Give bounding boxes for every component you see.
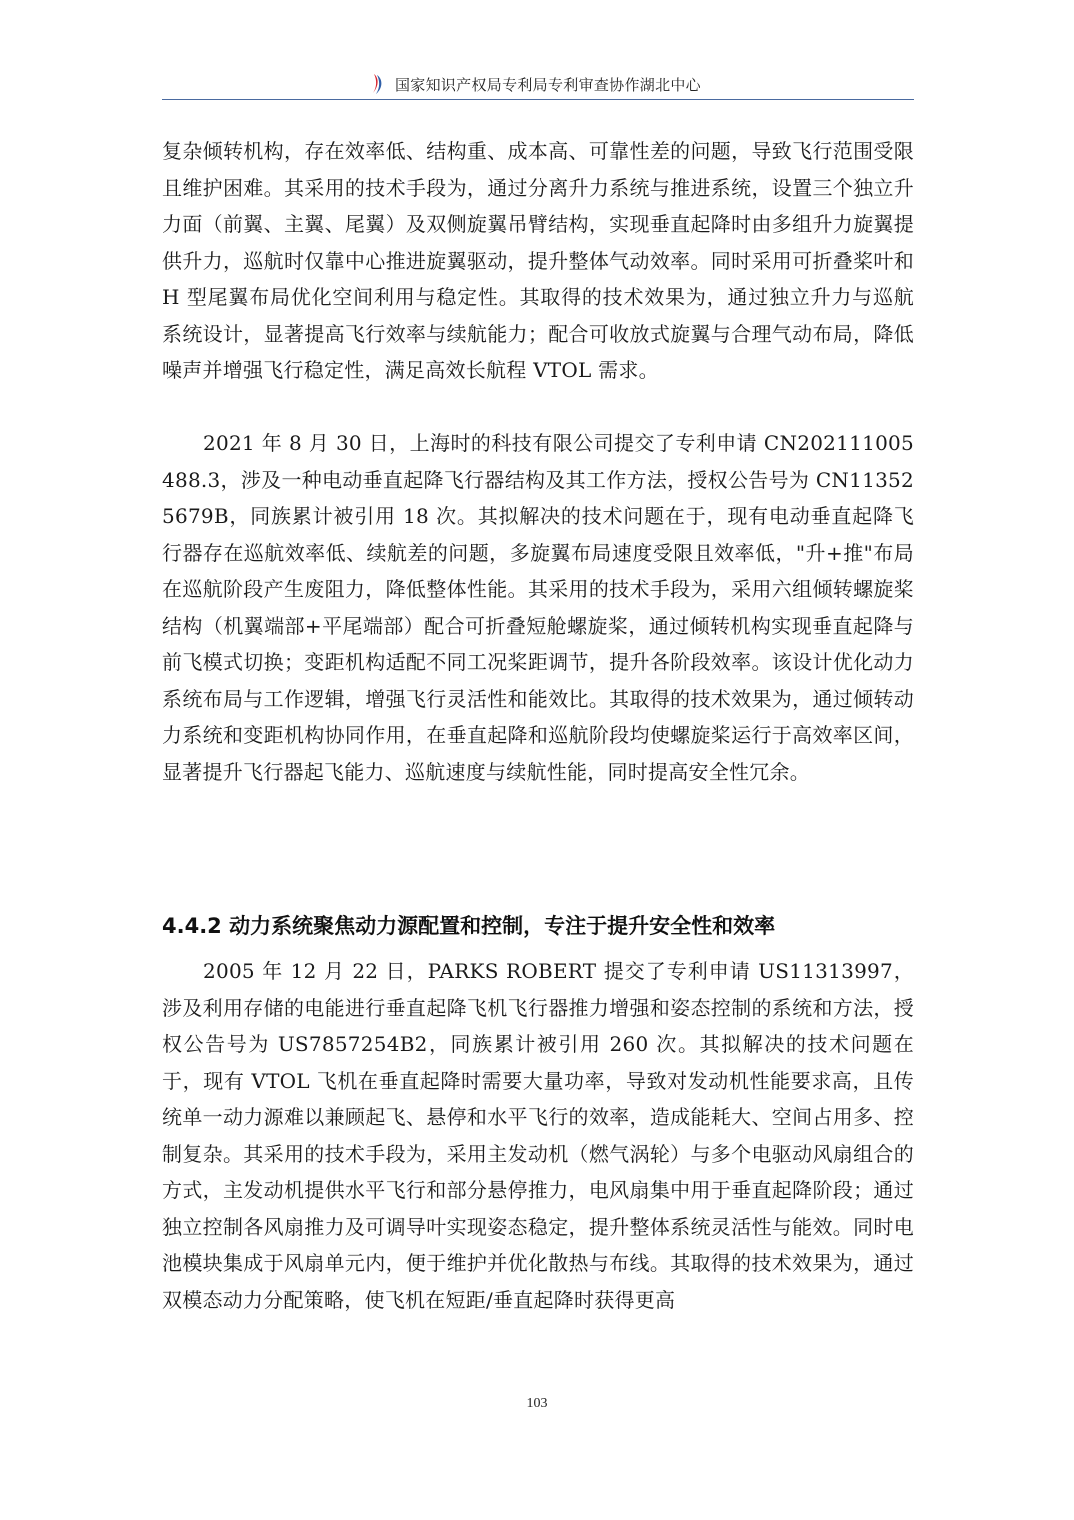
paragraph-2: 2021 年 8 月 30 日，上海时的科技有限公司提交了专利申请 CN2021… [162, 425, 914, 790]
header-title: 国家知识产权局专利局专利审查协作湖北中心 [395, 74, 701, 95]
paragraph-us-patent: 2005 年 12 月 22 日，PARKS ROBERT 提交了专利申请 US… [162, 953, 914, 1318]
section-heading: 4.4.2 动力系统聚焦动力源配置和控制，专注于提升安全性和效率 [162, 908, 914, 944]
paragraph-cn-patent: 2021 年 8 月 30 日，上海时的科技有限公司提交了专利申请 CN2021… [162, 425, 914, 790]
page-header-content: 国家知识产权局专利局专利审查协作湖北中心 [162, 70, 914, 98]
page-header: 国家知识产权局专利局专利审查协作湖北中心 [162, 70, 914, 100]
header-divider [162, 99, 914, 100]
page-number: 103 [0, 1396, 1074, 1412]
swoosh-logo-icon [369, 72, 385, 96]
paragraph-continuation: 复杂倾转机构，存在效率低、结构重、成本高、可靠性差的问题，导致飞行范围受限且维护… [162, 133, 914, 389]
paragraph-3: 2005 年 12 月 22 日，PARKS ROBERT 提交了专利申请 US… [162, 953, 914, 1318]
paragraph-1: 复杂倾转机构，存在效率低、结构重、成本高、可靠性差的问题，导致飞行范围受限且维护… [162, 133, 914, 389]
